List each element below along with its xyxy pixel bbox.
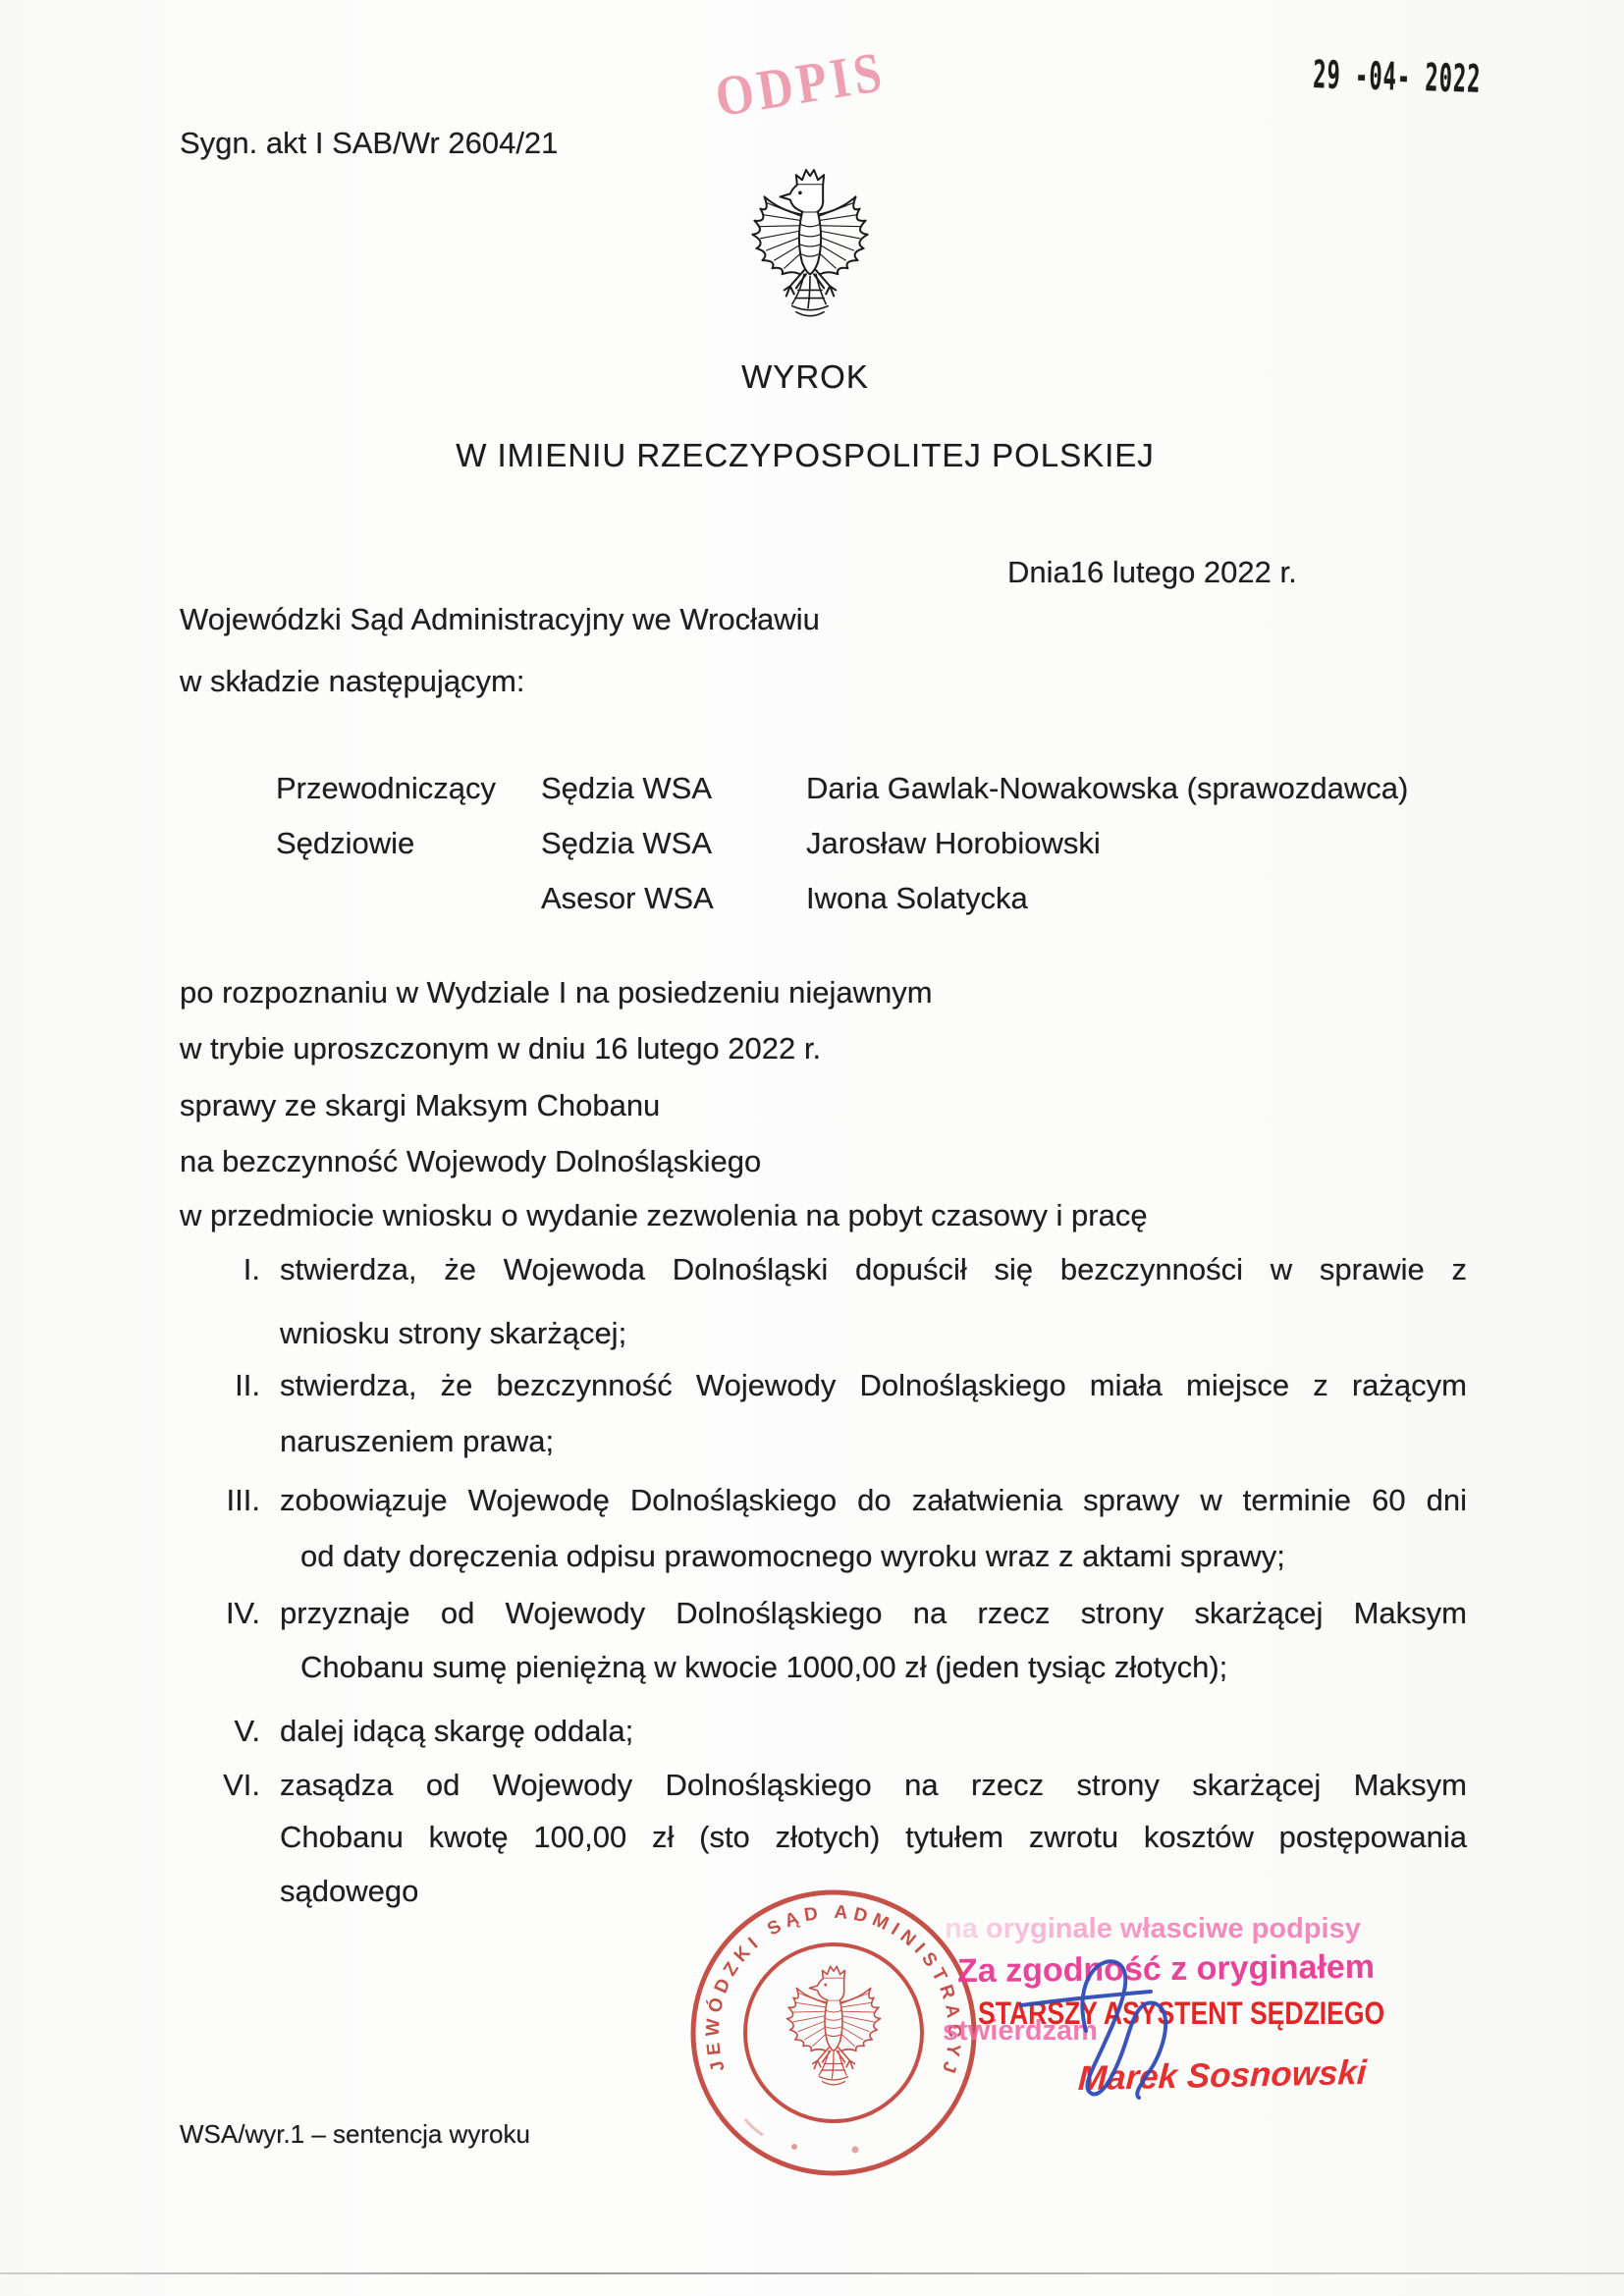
- odpis-copy-stamp: ODPIS: [711, 38, 890, 130]
- polish-eagle-emblem: [738, 163, 882, 342]
- panel-judge-name: Iwona Solatycka: [806, 879, 1028, 918]
- received-date-stamp-text: 29 -04- 2022: [1313, 53, 1482, 102]
- court-name: Wojewódzki Sąd Administracyjny we Wrocła…: [180, 600, 820, 639]
- panel-title: Sędzia WSA: [541, 769, 712, 808]
- ruling-text-line: od daty doręczenia odpisu prawomocnego w…: [300, 1537, 1285, 1576]
- recital-line: w trybie uproszczonym w dniu 16 lutego 2…: [180, 1029, 821, 1068]
- panel-judge-name: Daria Gawlak-Nowakowska (sprawozdawca): [806, 769, 1408, 808]
- recital-line: w przedmiocie wniosku o wydanie zezwolen…: [180, 1196, 1148, 1235]
- court-round-seal: WOJEWÓDZKI SĄD ADMINISTRACYJNY: [686, 1886, 981, 2180]
- received-date-stamp: 29 -04- 2022: [1313, 53, 1614, 106]
- handwritten-signature: [972, 1933, 1286, 2119]
- panel-role: Przewodniczący: [276, 769, 496, 808]
- panel-role: Sędziowie: [276, 824, 414, 863]
- recital-line: na bezczynność Wojewody Dolnośląskiego: [180, 1142, 761, 1181]
- recital-line: po rozpoznaniu w Wydziale I na posiedzen…: [180, 973, 933, 1012]
- ruling-text-line: dalej idącą skargę oddala;: [280, 1712, 633, 1751]
- ruling-numeral: III.: [189, 1481, 260, 1520]
- ruling-numeral: II.: [189, 1366, 260, 1405]
- panel-title: Sędzia WSA: [541, 824, 712, 863]
- seal-eagle-icon: [786, 1966, 880, 2085]
- scanned-court-judgment-page: Sygn. akt I SAB/Wr 2604/21 ODPIS 29 -04-…: [0, 0, 1624, 2296]
- ruling-numeral: VI.: [189, 1766, 260, 1805]
- ruling-text-line: zobowiązuje Wojewodę Dolnośląskiego do z…: [280, 1481, 1467, 1520]
- ruling-text-line: zasądza od Wojewody Dolnośląskiego na rz…: [280, 1766, 1467, 1805]
- ruling-text-line: naruszeniem prawa;: [280, 1422, 554, 1461]
- panel-judge-name: Jarosław Horobiowski: [806, 824, 1101, 863]
- ruling-text-line: stwierdza, że Wojewoda Dolnośląski dopuś…: [280, 1250, 1467, 1289]
- ruling-numeral: I.: [189, 1250, 260, 1289]
- panel-intro: w składzie następującym:: [180, 662, 525, 701]
- judgment-title: WYROK: [0, 358, 1610, 396]
- panel-title: Asesor WSA: [541, 879, 714, 918]
- ruling-text-line: Chobanu kwotę 100,00 zł (sto złotych) ty…: [280, 1818, 1467, 1857]
- recital-line: sprawy ze skargi Maksym Chobanu: [180, 1086, 660, 1125]
- scan-paper-edge: [0, 2272, 1624, 2274]
- ruling-text-line: stwierdza, że bezczynność Wojewody Dolno…: [280, 1366, 1467, 1405]
- ruling-text-line: sądowego: [280, 1872, 418, 1911]
- judgment-date: Dnia16 lutego 2022 r.: [1007, 553, 1297, 592]
- ruling-numeral: V.: [189, 1712, 260, 1751]
- ruling-numeral: IV.: [189, 1594, 260, 1633]
- ruling-text-line: wniosku strony skarżącej;: [280, 1314, 626, 1353]
- in-the-name-heading: W IMIENIU RZECZYPOSPOLITEJ POLSKIEJ: [0, 437, 1610, 474]
- footer-form-note: WSA/wyr.1 – sentencja wyroku: [180, 2114, 530, 2154]
- case-number: Sygn. akt I SAB/Wr 2604/21: [180, 124, 558, 163]
- ruling-text-line: przyznaje od Wojewody Dolnośląskiego na …: [280, 1594, 1467, 1633]
- ruling-text-line: Chobanu sumę pieniężną w kwocie 1000,00 …: [300, 1648, 1227, 1687]
